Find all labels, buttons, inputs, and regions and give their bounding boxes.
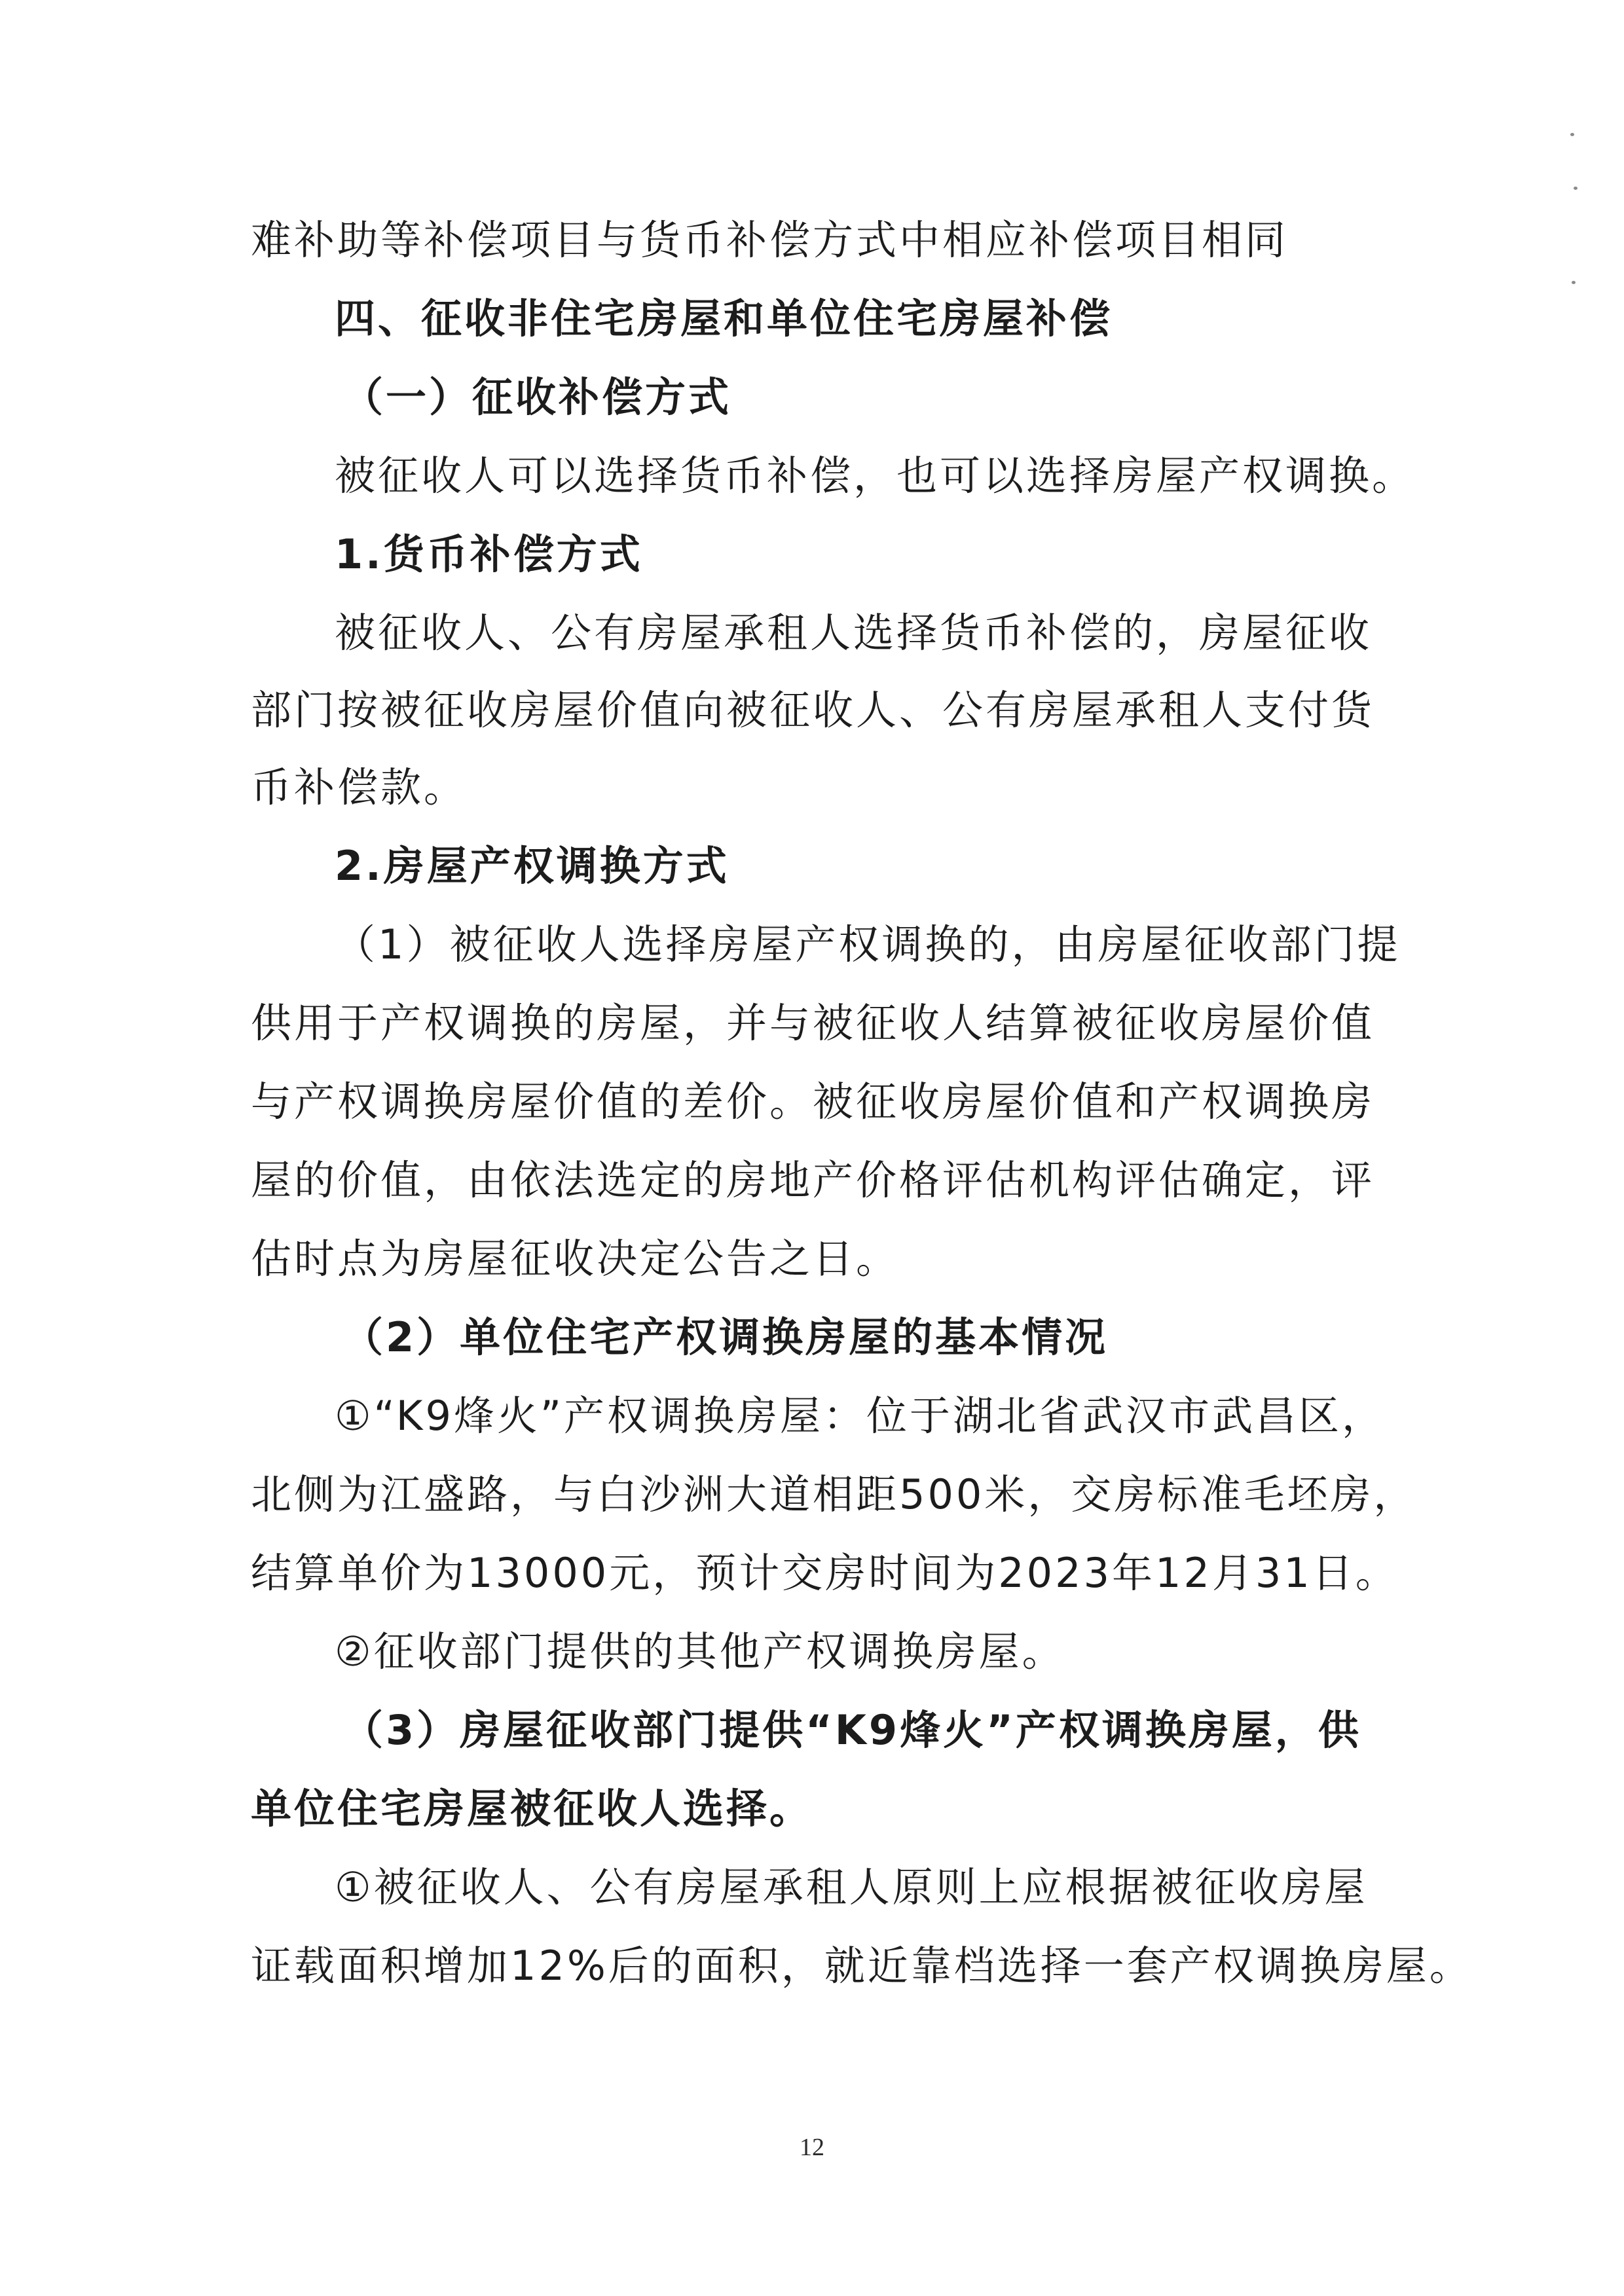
paragraph-line: 估时点为房屋征收决定公告之日。 — [251, 1233, 899, 1285]
paragraph-continuation: 难补助等补偿项目与货币补偿方式中相应补偿项目相同 — [251, 214, 1288, 266]
paragraph-line: 屋的价值，由依法选定的房地产价格评估机构评估确定，评 — [251, 1154, 1375, 1207]
paragraph-line: 与产权调换房屋价值的差价。被征收房屋价值和产权调换房 — [251, 1076, 1375, 1128]
paragraph-line: 被征收人、公有房屋承租人选择货币补偿的，房屋征收 — [335, 607, 1372, 659]
paragraph-line: 部门按被征收房屋价值向被征收人、公有房屋承租人支付货 — [251, 684, 1375, 737]
item-heading: 1.货币补偿方式 — [335, 528, 643, 581]
paragraph-line: ②征收部门提供的其他产权调换房屋。 — [335, 1626, 1065, 1678]
paragraph-line: 币补偿款。 — [251, 761, 467, 814]
page-number: 12 — [0, 2133, 1624, 2162]
scan-artifact-dot — [1574, 187, 1578, 190]
paragraph-line: ①“K9烽火”产权调换房屋：位于湖北省武汉市武昌区， — [335, 1390, 1385, 1442]
subsection-heading: （2）单位住宅产权调换房屋的基本情况 — [342, 1311, 1108, 1364]
paragraph-line: ①被征收人、公有房屋承租人原则上应根据被征收房屋 — [335, 1861, 1368, 1914]
document-page: 难补助等补偿项目与货币补偿方式中相应补偿项目相同 四、征收非住宅房屋和单位住宅房… — [0, 0, 1624, 2296]
scan-artifact-dot — [1572, 281, 1576, 284]
subsection-heading-continuation: 单位住宅房屋被征收人选择。 — [251, 1783, 813, 1835]
item-heading: 2.房屋产权调换方式 — [335, 840, 729, 892]
paragraph-line: 供用于产权调换的房屋，并与被征收人结算被征收房屋价值 — [251, 997, 1375, 1049]
section-heading: 四、征收非住宅房屋和单位住宅房屋补偿 — [335, 293, 1113, 345]
paragraph-line: （1）被征收人选择房屋产权调换的，由房屋征收部门提 — [335, 919, 1400, 971]
subsection-heading: （一）征收补偿方式 — [342, 371, 731, 424]
paragraph-line: 证载面积增加12%后的面积，就近靠档选择一套产权调换房屋。 — [251, 1940, 1473, 1992]
scan-artifact-dot — [1570, 133, 1574, 136]
subsection-heading: （3）房屋征收部门提供“K9烽火”产权调换房屋，供 — [342, 1704, 1361, 1757]
paragraph-line: 被征收人可以选择货币补偿，也可以选择房屋产权调换。 — [335, 450, 1415, 502]
paragraph-line: 结算单价为13000元，预计交房时间为2023年12月31日。 — [251, 1547, 1399, 1599]
paragraph-line: 北侧为江盛路，与白沙洲大道相距500米，交房标准毛坯房， — [251, 1468, 1416, 1521]
